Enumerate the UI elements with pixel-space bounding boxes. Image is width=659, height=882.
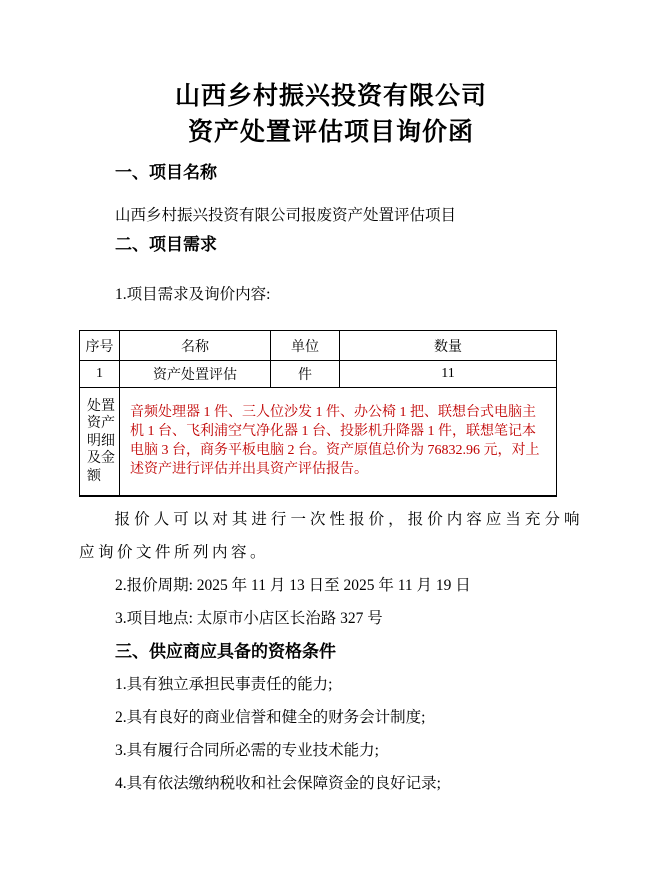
inquiry-items-table: 序号 名称 单位 数量 1 资产处置评估 件 11 处置资产明细及金额 音频处理… [79, 330, 557, 497]
section1-heading: 一、项目名称 [79, 160, 583, 186]
section3-heading: 三、供应商应具备的资格条件 [79, 635, 583, 668]
inquiry-content-label: 1.项目需求及询价内容: [79, 278, 583, 311]
asset-detail-label: 处置资产明细及金额 [80, 388, 120, 496]
cell-name: 资产处置评估 [120, 361, 271, 388]
col-header-unit: 单位 [271, 331, 340, 361]
document-title-line2: 资产处置评估项目询价函 [79, 114, 583, 150]
project-location-line: 3.项目地点: 太原市小店区长治路 327 号 [79, 602, 583, 635]
section2-heading: 二、项目需求 [79, 232, 583, 258]
qualification-item-4: 4.具有依法缴纳税收和社会保障资金的良好记录; [79, 767, 583, 800]
cell-unit: 件 [271, 361, 340, 388]
col-header-name: 名称 [120, 331, 271, 361]
col-header-qty: 数量 [340, 331, 557, 361]
project-name-text: 山西乡村振兴投资有限公司报废资产处置评估项目 [79, 204, 583, 228]
asset-detail-row: 处置资产明细及金额 音频处理器 1 件、三人位沙发 1 件、办公椅 1 把、联想… [80, 388, 557, 496]
quote-instruction-paragraph: 报价人可以对其进行一次性报价，报价内容应当充分响应询价文件所列内容。 [79, 503, 583, 569]
document-title-line1: 山西乡村振兴投资有限公司 [79, 78, 583, 114]
asset-detail-text: 音频处理器 1 件、三人位沙发 1 件、办公椅 1 把、联想台式电脑主机 1 台… [120, 388, 557, 496]
cell-seq: 1 [80, 361, 120, 388]
document-page: 山西乡村振兴投资有限公司 资产处置评估项目询价函 一、项目名称 山西乡村振兴投资… [0, 0, 659, 882]
qualification-item-3: 3.具有履行合同所必需的专业技术能力; [79, 734, 583, 767]
qualification-item-1: 1.具有独立承担民事责任的能力; [79, 668, 583, 701]
col-header-seq: 序号 [80, 331, 120, 361]
table-row: 1 资产处置评估 件 11 [80, 361, 557, 388]
table-header-row: 序号 名称 单位 数量 [80, 331, 557, 361]
cell-qty: 11 [340, 361, 557, 388]
qualification-item-2: 2.具有良好的商业信誉和健全的财务会计制度; [79, 701, 583, 734]
quote-period-line: 2.报价周期: 2025 年 11 月 13 日至 2025 年 11 月 19… [79, 569, 583, 602]
document-title: 山西乡村振兴投资有限公司 资产处置评估项目询价函 [79, 78, 583, 150]
